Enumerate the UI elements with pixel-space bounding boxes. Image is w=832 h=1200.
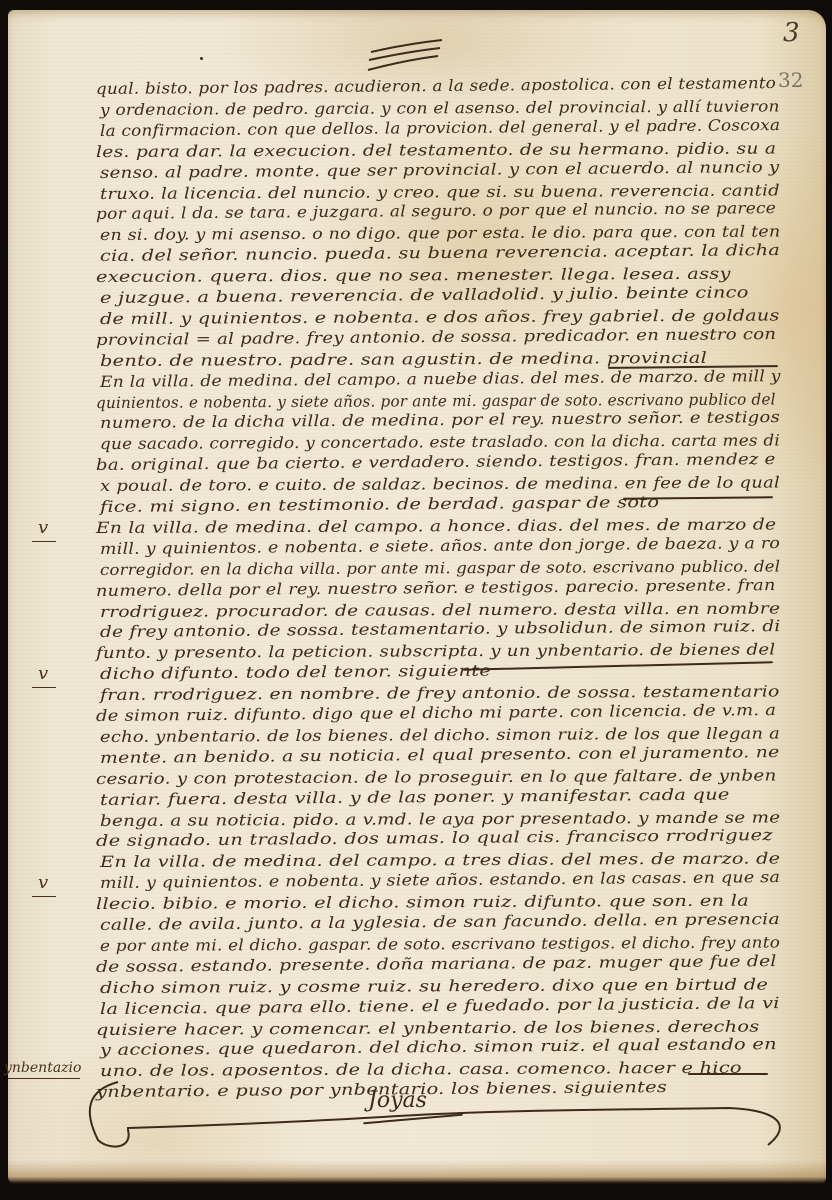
manuscript-line: execucion. quera. dios. que no sea. mene… [96,265,731,286]
line-rule [623,496,773,500]
manuscript-line: provincial = al padre. frey antonio. de … [96,325,776,349]
manuscript-line: mill. y quinientos. e nobenta. e siete. … [100,534,780,558]
manuscript-line: dicho simon ruiz. y cosme ruiz. su hered… [100,975,768,996]
manuscript-line: la licencia. que para ello. tiene. el e … [100,994,780,1018]
manuscript-line: calle. de avila. junto. a la yglesia. de… [100,910,780,934]
margin-underline [32,687,56,688]
margin-underline [32,896,56,897]
manuscript-line: les. para dar. la execucion. del testame… [96,139,776,161]
manuscript-line: por aqui. l da. se tara. e juzgara. al s… [96,199,776,223]
ink-dot [200,57,203,60]
margin-underline [8,1078,80,1079]
manuscript-line: llecio. bibio. e morio. el dicho. simon … [96,892,749,913]
manuscript-line: qual. bisto. por los padres. acudieron. … [96,74,776,98]
manuscript-line: mill. y quinientos. e nobenta. y siete a… [100,868,780,892]
manuscript-line: cesario. y con protestacion. de lo prose… [96,766,777,788]
closing-flourish-icon [78,1070,798,1150]
manuscript-line: de sossa. estando. presente. doña marian… [96,952,777,976]
torn-edge [8,1160,826,1184]
manuscript-line: tariar. fuera. desta villa. y de las pon… [100,785,730,808]
manuscript-line: cia. del señor. nuncio. pueda. su buena … [100,241,780,265]
manuscript-line: de simon ruiz. difunto. digo que el dich… [96,701,776,725]
manuscript-line: funto. y presento. la peticion. subscrip… [96,641,776,663]
margin-underline [32,541,56,542]
manuscript-line: En la villa. de medina. del campo. a nue… [100,367,781,391]
manuscript-line: dicho difunto. todo del tenor. siguiente [100,662,491,683]
manuscript-line: En la villa. de medina. del campo. a hon… [96,515,776,537]
manuscript-line: x poual. de toro. e cuito. de saldaz. be… [100,474,780,496]
manuscript-line: echo. ynbentario. de los bienes. del dic… [100,724,780,746]
manuscript-line: fice. mi signo. en testimonio. de berdad… [100,493,659,516]
manuscript-line: y acciones. que quedaron. del dicho. sim… [100,1035,777,1059]
header-flourish-icon [366,38,446,78]
margin-mark-v: v [38,663,48,684]
manuscript-line: de mill. y quinientos. e nobenta. e dos … [100,306,780,328]
manuscript-line: la confirmacion. con que dellos. la prov… [100,116,780,140]
manuscript-line: e por ante mi. el dicho. gaspar. de soto… [100,933,780,955]
margin-note-ynbentazio: ynbentazio [4,1060,81,1076]
manuscript-line: fran. rrodriguez. en nombre. de frey ant… [100,683,780,705]
manuscript-line: mente. an benido. a su noticia. el qual … [100,743,780,767]
manuscript-line: de frey antonio. de sossa. testamentario… [100,617,781,641]
manuscript-line: numero. della por el rey. nuestro señor.… [96,576,776,600]
folio-number: 3 [783,18,800,48]
manuscript-line: ba. original. que ba cierto. e verdadero… [96,450,776,474]
manuscript-line: corregidor. en la dicha villa. por ante … [100,557,780,579]
margin-mark-v: v [38,517,48,538]
manuscript-line: y ordenacion. de pedro. garcia. y con el… [100,97,780,119]
manuscript-page: 3 32 qual. bisto. por los padres. acudie… [8,10,826,1182]
margin-mark-v: v [38,872,48,893]
manuscript-line: e juzgue. a buena. reverencia. de vallad… [100,283,749,307]
manuscript-line: de signado. un traslado. dos umas. lo qu… [96,826,773,850]
manuscript-line: senso. al padre. monte. que ser provinci… [100,158,780,182]
pencil-folio-number: 32 [778,68,803,92]
manuscript-line: numero. de la dicha villa. de medina. po… [100,408,780,432]
line-rule [463,661,773,671]
